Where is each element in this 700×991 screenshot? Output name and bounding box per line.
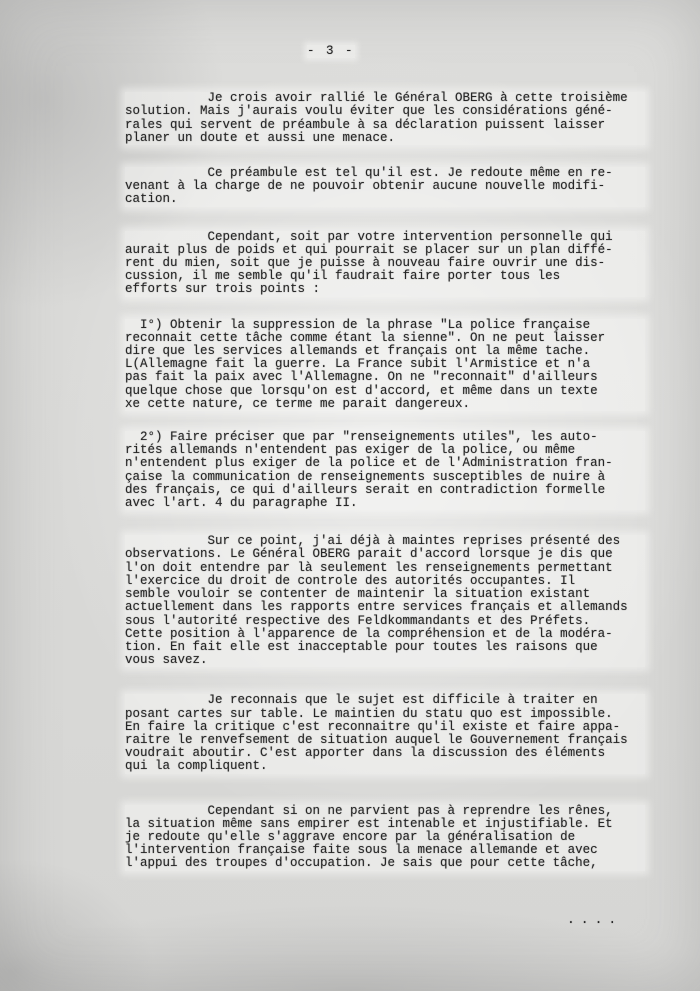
- paragraph-sur-ce-point: Sur ce point, j'ai déjà à maintes repris…: [125, 535, 645, 667]
- paragraph-je-reconnais: Je reconnais que le sujet est difficile …: [125, 694, 645, 773]
- paragraph-intro-oberg: Je crois avoir rallié le Général OBERG à…: [125, 92, 645, 145]
- paragraph-cependant-si: Cependant si on ne parvient pas à repren…: [125, 805, 645, 871]
- continuation-dots: ....: [567, 913, 645, 926]
- page-number: - 3 -: [307, 45, 355, 58]
- paragraph-preambule: Ce préambule est tel qu'il est. Je redou…: [125, 167, 645, 207]
- scanned-document-page: - 3 - Je crois avoir rallié le Général O…: [0, 0, 700, 991]
- paragraph-trois-points: Cependant, soit par votre intervention p…: [125, 231, 645, 297]
- paragraph-point-2: 2°) Faire préciser que par "renseignemen…: [125, 431, 645, 510]
- paragraph-point-1: I°) Obtenir la suppression de la phrase …: [125, 319, 645, 411]
